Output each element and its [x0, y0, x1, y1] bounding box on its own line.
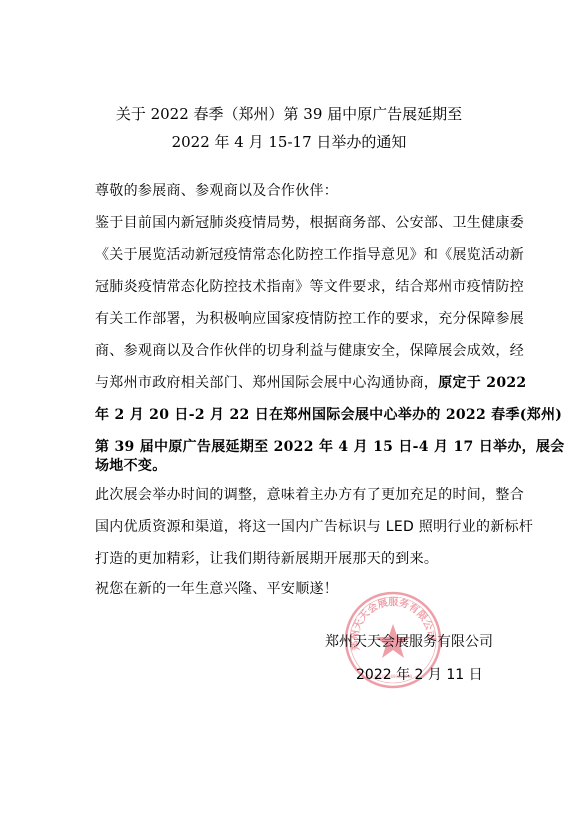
salutation: 尊敬的参展商、参观商以及合作伙伴： [95, 180, 338, 200]
bold-text: 原定于 2022 [438, 375, 526, 391]
signature-company: 郑州天天会展服务有限公司 [325, 631, 493, 651]
title-line-2: 2022 年 4 月 15-17 日举办的通知 [0, 131, 578, 152]
closing-wish: 祝您在新的一年生意兴隆、平安顺遂！ [95, 578, 338, 598]
para2-line: 国内优质资源和渠道，将这一国内广告标识与 LED 照明行业的新标杆 [95, 516, 533, 536]
bold-line: 场地不变。 [95, 455, 167, 475]
title-line-1: 关于 2022 春季（郑州）第 39 届中原广告展延期至 [0, 103, 578, 124]
bold-line: 第 39 届中原广告展延期至 2022 年 4 月 15 日-4 月 17 日举… [95, 436, 565, 456]
body-line: 冠肺炎疫情常态化防控技术指南》等文件要求，结合郑州市疫情防控 [95, 276, 524, 296]
bold-line: 年 2 月 20 日-2 月 22 日在郑州国际会展中心举办的 2022 春季(… [95, 404, 562, 424]
body-line: 鉴于目前国内新冠肺炎疫情局势，根据商务部、公安部、卫生健康委 [95, 212, 524, 232]
body-line-mixed: 与郑州市政府相关部门、郑州国际会展中心沟通协商，原定于 2022 [95, 372, 526, 392]
para2-line: 打造的更加精彩，让我们期待新展期开展那天的到来。 [95, 548, 438, 568]
signature-date: 2022 年 2 月 11 日 [356, 664, 483, 684]
body-line: 商、参观商以及合作伙伴的切身利益与健康安全，保障展会成效，经 [95, 340, 524, 360]
body-line: 《关于展览活动新冠疫情常态化防控工作指导意见》和《展览活动新 [95, 244, 524, 264]
para2-line: 此次展会举办时间的调整，意味着主办方有了更加充足的时间，整合 [95, 484, 524, 504]
body-line: 有关工作部署，为积极响应国家疫情防控工作的要求，充分保障参展 [95, 308, 524, 328]
normal-text: 与郑州市政府相关部门、郑州国际会展中心沟通协商， [95, 375, 438, 391]
